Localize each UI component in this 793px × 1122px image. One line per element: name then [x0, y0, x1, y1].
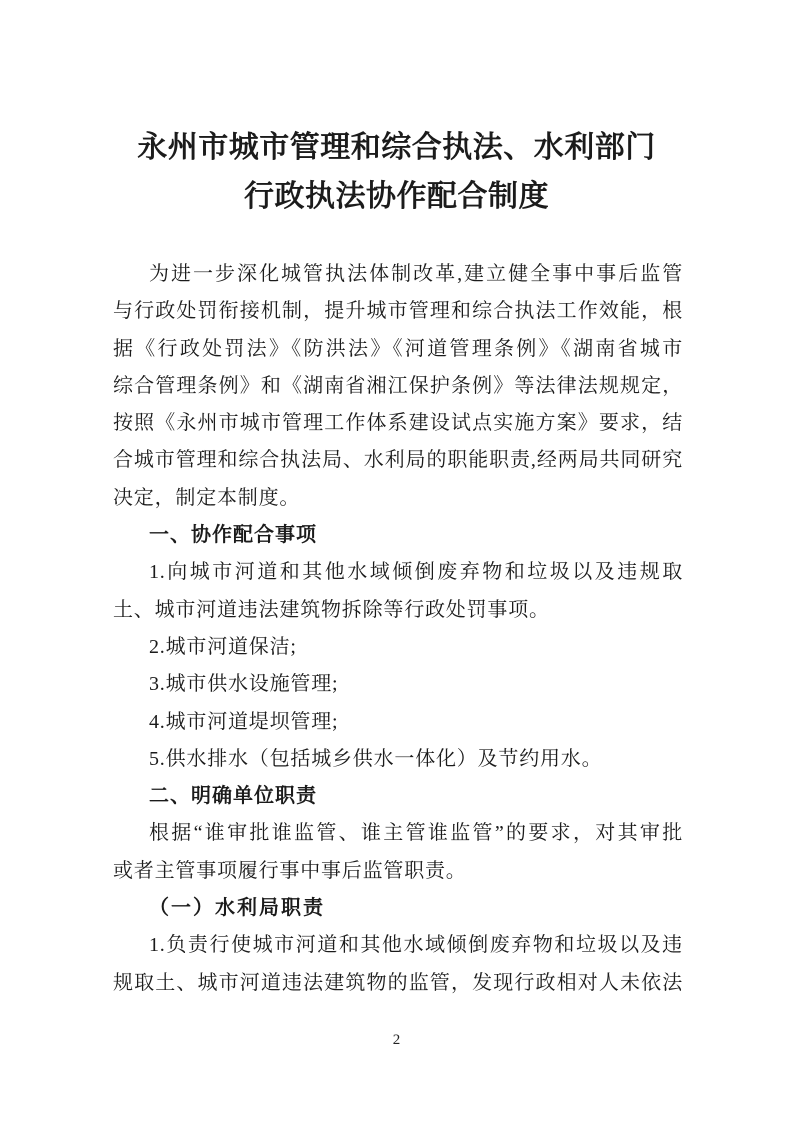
document-page: 永州市城市管理和综合执法、水利部门 行政执法协作配合制度 为进一步深化城管执法体…	[0, 0, 793, 1122]
intro-line-1: 为进一步深化城管执法体制改革,建立健全事中事后监管	[113, 256, 683, 293]
section-2-intro-line-1: 根据“谁审批谁监管、谁主管谁监管”的要求，对其审批	[113, 815, 683, 852]
section-1-heading: 一、协作配合事项	[113, 517, 683, 554]
section-1-item-3: 3.城市供水设施管理;	[113, 666, 683, 703]
intro-line-5: 按照《永州市城市管理工作体系建设试点实施方案》要求，结	[113, 405, 683, 442]
intro-line-7: 决定，制定本制度。	[113, 480, 683, 517]
document-body: 为进一步深化城管执法体制改革,建立健全事中事后监管 与行政处罚衔接机制，提升城市…	[113, 256, 683, 1002]
title-line-1: 永州市城市管理和综合执法、水利部门	[0, 123, 793, 172]
duty-1-line-2: 规取土、城市河道违法建筑物的监管，发现行政相对人未依法	[113, 965, 683, 1002]
section-2-heading: 二、明确单位职责	[113, 778, 683, 815]
page-number: 2	[0, 1032, 793, 1049]
intro-line-3: 据《行政处罚法》《防洪法》《河道管理条例》《湖南省城市	[113, 331, 683, 368]
subsection-1-heading: （一）水利局职责	[113, 890, 683, 927]
section-1-item-1-line-2: 土、城市河道违法建筑物拆除等行政处罚事项。	[113, 592, 683, 629]
section-1-item-5: 5.供水排水（包括城乡供水一体化）及节约用水。	[113, 741, 683, 778]
section-1-item-1-line-1: 1.向城市河道和其他水域倾倒废弃物和垃圾以及违规取	[113, 554, 683, 591]
intro-line-4: 综合管理条例》和《湖南省湘江保护条例》等法律法规规定，	[113, 368, 683, 405]
duty-1-line-1: 1.负责行使城市河道和其他水域倾倒废弃物和垃圾以及违	[113, 927, 683, 964]
document-title: 永州市城市管理和综合执法、水利部门 行政执法协作配合制度	[0, 123, 793, 221]
intro-line-6: 合城市管理和综合执法局、水利局的职能职责,经两局共同研究	[113, 442, 683, 479]
title-line-2: 行政执法协作配合制度	[0, 172, 793, 221]
section-2-intro-line-2: 或者主管事项履行事中事后监管职责。	[113, 853, 683, 890]
intro-line-2: 与行政处罚衔接机制，提升城市管理和综合执法工作效能，根	[113, 293, 683, 330]
section-1-item-2: 2.城市河道保洁;	[113, 629, 683, 666]
section-1-item-4: 4.城市河道堤坝管理;	[113, 704, 683, 741]
